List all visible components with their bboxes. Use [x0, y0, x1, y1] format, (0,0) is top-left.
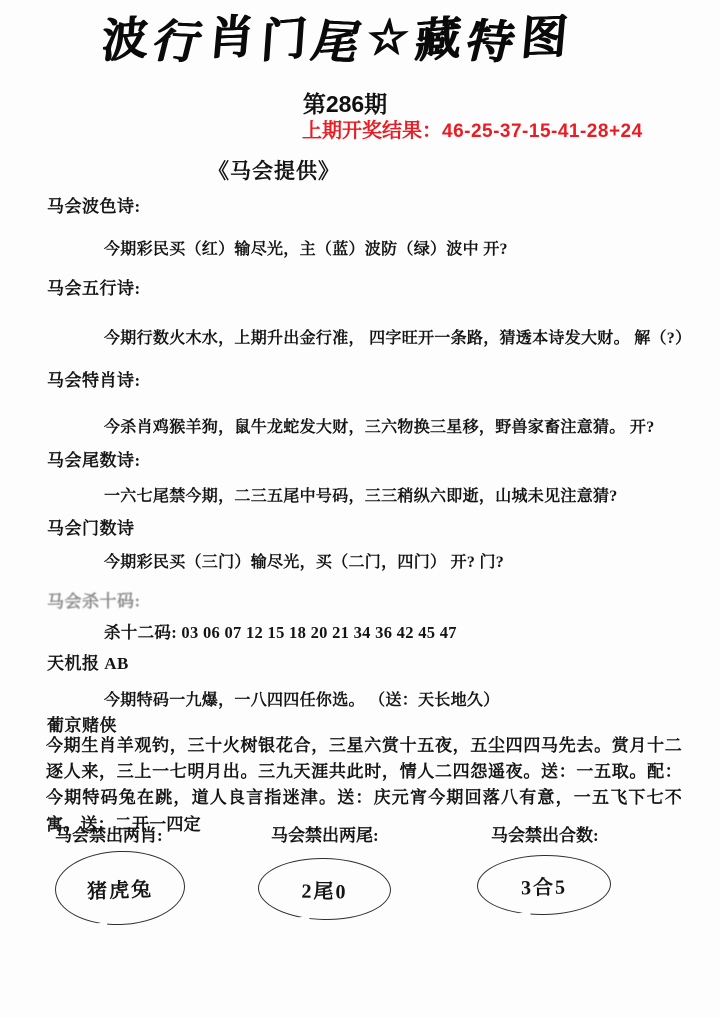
forbidden-sum-value: 3合5 [521, 870, 567, 900]
section-line-wave-color: 今期彩民买（红）输尽光，主（蓝）波防（绿）波中 开? [104, 236, 508, 259]
forbidden-zodiac-label: 马会禁出两肖: [55, 821, 163, 846]
forbidden-tails-label: 马会禁出两尾: [271, 821, 379, 846]
section-heading-tail-number: 马会尾数诗: [47, 446, 141, 471]
lottery-tip-sheet: 波行肖门尾☆藏特图 第286期 上期开奖结果：46-25-37-15-41-28… [0, 0, 720, 1018]
section-line-tianji: 今期特码一九爆，一八四四任你选。 （送：天长地久） [104, 687, 500, 710]
section-heading-special-zodiac: 马会特肖诗: [47, 366, 141, 391]
last-draw-result: 上期开奖结果：46-25-37-15-41-28+24 [302, 114, 643, 143]
forbidden-zodiac-oval: 猪虎兔 [54, 849, 187, 927]
section-heading-kill-codes: 马会杀十码: [47, 587, 141, 613]
section-line-kill-codes: 杀十二码: 03 06 07 12 15 18 20 21 34 36 42 4… [104, 619, 457, 643]
forbidden-tails-value: 2尾0 [301, 874, 347, 904]
page-title: 波行肖门尾☆藏特图 [0, 8, 676, 72]
section-heading-wave-color: 马会波色诗: [47, 192, 141, 217]
section-heading-gate-number: 马会门数诗 [47, 514, 135, 539]
section-line-tail-number: 一六七尾禁今期，二三五尾中号码，三三稍纵六即逝，山城未见注意猜? [104, 483, 618, 506]
section-line-gate-number: 今期彩民买（三门）输尽光，买（二门，四门） 开? 门? [104, 549, 504, 572]
provider-heading: 《马会提供》 [208, 155, 340, 185]
section-line-five-elements: 今期行数火木水，上期升出金行准， 四字旺开一条路，猜透本诗发大财。 解（?） [104, 325, 691, 348]
section-heading-five-elements: 马会五行诗: [47, 274, 141, 299]
forbidden-tails-oval: 2尾0 [257, 857, 391, 921]
section-line-special-zodiac: 今杀肖鸡猴羊狗，鼠牛龙蛇发大财，三六物换三星移，野兽家畜注意猜。 开? [104, 414, 655, 437]
last-draw-result-numbers: 46-25-37-15-41-28+24 [442, 121, 643, 142]
forbidden-sum-oval: 3合5 [476, 854, 611, 916]
forbidden-zodiac-value: 猪虎兔 [87, 872, 154, 903]
forbidden-sum-label: 马会禁出合数: [491, 821, 599, 846]
section-heading-tianji: 天机报 AB [47, 649, 129, 674]
last-draw-result-label: 上期开奖结果： [302, 120, 442, 142]
